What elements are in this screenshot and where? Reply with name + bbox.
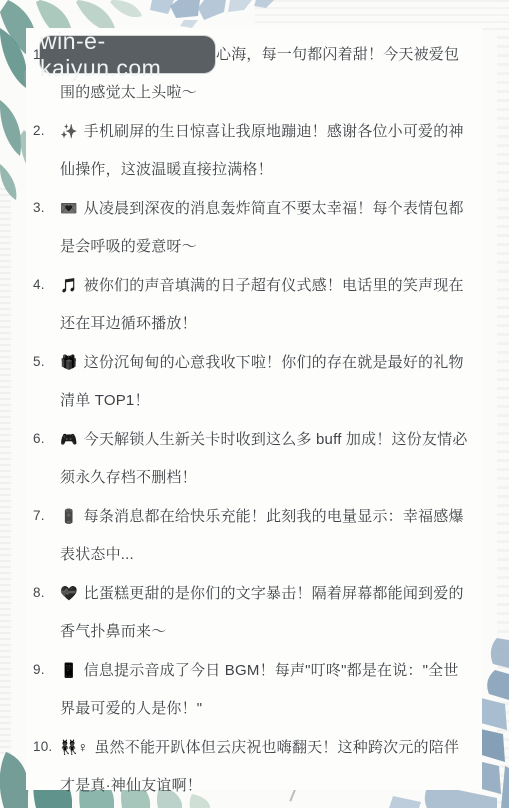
dancers-icon: 👯♀ [60, 728, 88, 766]
list-item: 5. 🎁这份沉甸甸的心意我收下啦！你们的存在就是最好的礼物清单 TOP1！ [33, 343, 472, 420]
item-number: 4. [33, 266, 60, 304]
item-text: 比蛋糕更甜的是你们的文字暴击！隔着屏幕都能闻到爱的香气扑鼻而来～ [60, 585, 464, 640]
item-text: 今天解锁人生新关卡时收到这么多 buff 加成！这份友情必须永久存档不删档！ [60, 431, 468, 486]
game-controller-icon: 🎮 [60, 420, 78, 458]
item-number: 7. [33, 497, 60, 535]
item-text: 手机刷屏的生日惊喜让我原地蹦迪！感谢各位小可爱的神仙操作，这波温暖直接拉满格！ [60, 123, 464, 178]
music-notes-icon: 🎵 [60, 266, 78, 304]
sparkles-icon: ✨ [60, 112, 78, 150]
item-number: 3. [33, 189, 60, 227]
list-item: 9. 📱信息提示音成了今日 BGM！每声"叮咚"都是在说："全世界最可爱的人是你… [33, 651, 472, 728]
list-item: 3. 💌从凌晨到深夜的消息轰炸简直不要太幸福！每个表情包都是会呼吸的爱意呀～ [33, 189, 472, 266]
list-item: 10. 👯♀虽然不能开趴体但云庆祝也嗨翻天！这种跨次元的陪伴才是真·神仙友谊啊！ [33, 728, 472, 805]
item-text: 这份沉甸甸的心意我收下啦！你们的存在就是最好的礼物清单 TOP1！ [60, 354, 464, 409]
battery-icon: 🔋 [60, 497, 78, 535]
list-item: 8. 💝比蛋糕更甜的是你们的文字暴击！隔着屏幕都能闻到爱的香气扑鼻而来～ [33, 574, 472, 651]
item-text: 信息提示音成了今日 BGM！每声"叮咚"都是在说："全世界最可爱的人是你！" [60, 662, 459, 717]
item-text: 被你们的声音填满的日子超有仪式感！电话里的笑声现在还在耳边循环播放！ [60, 277, 464, 332]
gift-icon: 🎁 [60, 343, 78, 381]
item-text: 每条消息都在给快乐充能！此刻我的电量显示：幸福感爆表状态中... [60, 508, 464, 563]
item-number: 10. [33, 728, 60, 766]
watermark-text: win-e-kaiyun.com [40, 28, 215, 82]
item-text: 从凌晨到深夜的消息轰炸简直不要太幸福！每个表情包都是会呼吸的爱意呀～ [60, 200, 464, 255]
paper-edge-texture-right [497, 0, 509, 808]
blessing-list: 1. 心海，每一句都闪着甜！今天被爱包围的感觉太上头啦～ 2. ✨手机刷屏的生日… [33, 36, 472, 805]
item-number: 2. [33, 112, 60, 150]
list-item: 6. 🎮今天解锁人生新关卡时收到这么多 buff 加成！这份友情必须永久存档不删… [33, 420, 472, 497]
item-number: 6. [33, 420, 60, 458]
document-page: 1. 心海，每一句都闪着甜！今天被爱包围的感觉太上头啦～ 2. ✨手机刷屏的生日… [26, 28, 482, 790]
item-number: 8. [33, 574, 60, 612]
phone-alert-icon: 📱 [60, 651, 78, 689]
love-letter-icon: 💌 [60, 189, 78, 227]
list-item: 7. 🔋每条消息都在给快乐充能！此刻我的电量显示：幸福感爆表状态中... [33, 497, 472, 574]
list-item: 4. 🎵被你们的声音填满的日子超有仪式感！电话里的笑声现在还在耳边循环播放！ [33, 266, 472, 343]
item-text: 虽然不能开趴体但云庆祝也嗨翻天！这种跨次元的陪伴才是真·神仙友谊啊！ [60, 739, 459, 794]
heart-ribbon-icon: 💝 [60, 574, 78, 612]
item-number: 9. [33, 651, 60, 689]
watermark-banner: win-e-kaiyun.com [40, 36, 215, 73]
list-item: 2. ✨手机刷屏的生日惊喜让我原地蹦迪！感谢各位小可爱的神仙操作，这波温暖直接拉… [33, 112, 472, 189]
item-number: 5. [33, 343, 60, 381]
paper-edge-texture-left [0, 188, 11, 754]
